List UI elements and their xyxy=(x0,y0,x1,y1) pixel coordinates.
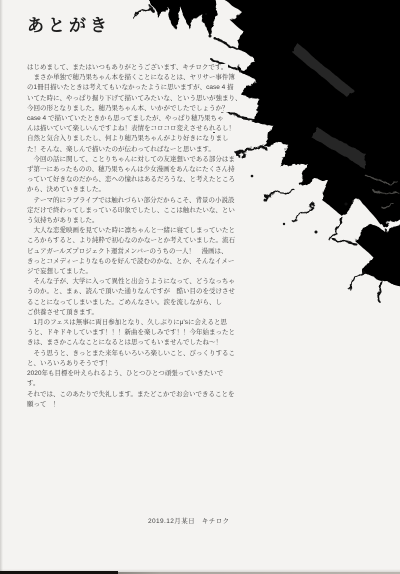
afterword-paragraph: 大人な恋愛映画を見ていた時に凛ちゃんと一緒に寝てしまっていたと ころからすると、… xyxy=(26,226,280,277)
paragraph-text: テーマ的にラブライブでは触れづらい部分だからこそ、背景の小説設 定だけで終わって… xyxy=(26,197,236,224)
signature-date: 2019.12月某日 キチロク xyxy=(148,516,230,525)
paragraph-text: まさか単独で穂乃果ちゃん本を描くことになるとは、ヤリサー事件簿 の1冊目描いたと… xyxy=(26,74,243,152)
afterword-paragraph: まさか単独で穂乃果ちゃん本を描くことになるとは、ヤリサー事件簿 の1冊目描いたと… xyxy=(26,73,280,155)
paragraph-text: 大人な恋愛映画を見ていた時に凛ちゃんと一緒に寝てしまっていたと ころからすると、… xyxy=(26,227,236,275)
paragraph-text: 今回の話に関して、ことりちゃんに対しての友達想いである部分はま ず第一にあったも… xyxy=(26,156,236,194)
afterword-paragraph: はじめまして、またはいつもありがとうございます、キチロクです。 xyxy=(26,63,280,73)
afterword-paragraph: 今回の話に関して、ことりちゃんに対しての友達想いである部分はま ず第一にあったも… xyxy=(26,155,280,196)
paragraph-text: はじめまして、またはいつもありがとうございます、キチロクです。 xyxy=(26,64,228,71)
paragraph-text: 2020年も目標を叶えられるよう、ひとつひとつ頑張っていきたいで す。 それでは… xyxy=(26,370,235,408)
ink-white-veins xyxy=(292,44,370,168)
afterword-paragraph: テーマ的にラブライブでは触れづらい部分だからこそ、背景の小説設 定だけで終わって… xyxy=(26,196,280,227)
afterword-paragraph: そんな子が、大学に入って異性と出会うようになって、どうなっちゃ うのか。と、まぁ… xyxy=(26,277,280,318)
afterword-page: あとがき はじめまして、またはいつもありがとうございます、キチロクです。 まさか… xyxy=(0,0,400,574)
paragraph-text: そんな子が、大学に入って異性と出会うようになって、どうなっちゃ うのか。と、まぁ… xyxy=(26,278,236,316)
afterword-paragraph: 2020年も目標を叶えられるよう、ひとつひとつ頑張っていきたいで す。 それでは… xyxy=(26,369,280,410)
page-title: あとがき xyxy=(27,11,111,36)
ink-gray-scratches xyxy=(366,176,398,207)
scan-edge-left xyxy=(0,0,3,574)
ink-blob-side xyxy=(334,222,400,300)
afterword-paragraph: 1月のフェスは無事に両日参加となり、久しぶりにμ'sに会えると思 うと、ドキドキ… xyxy=(26,318,280,369)
paragraph-text: 1月のフェスは無事に両日参加となり、久しぶりにμ'sに会えると思 うと、ドキドキ… xyxy=(26,319,236,367)
afterword-body: はじめまして、またはいつもありがとうございます、キチロクです。 まさか単独で穂乃… xyxy=(26,63,280,410)
